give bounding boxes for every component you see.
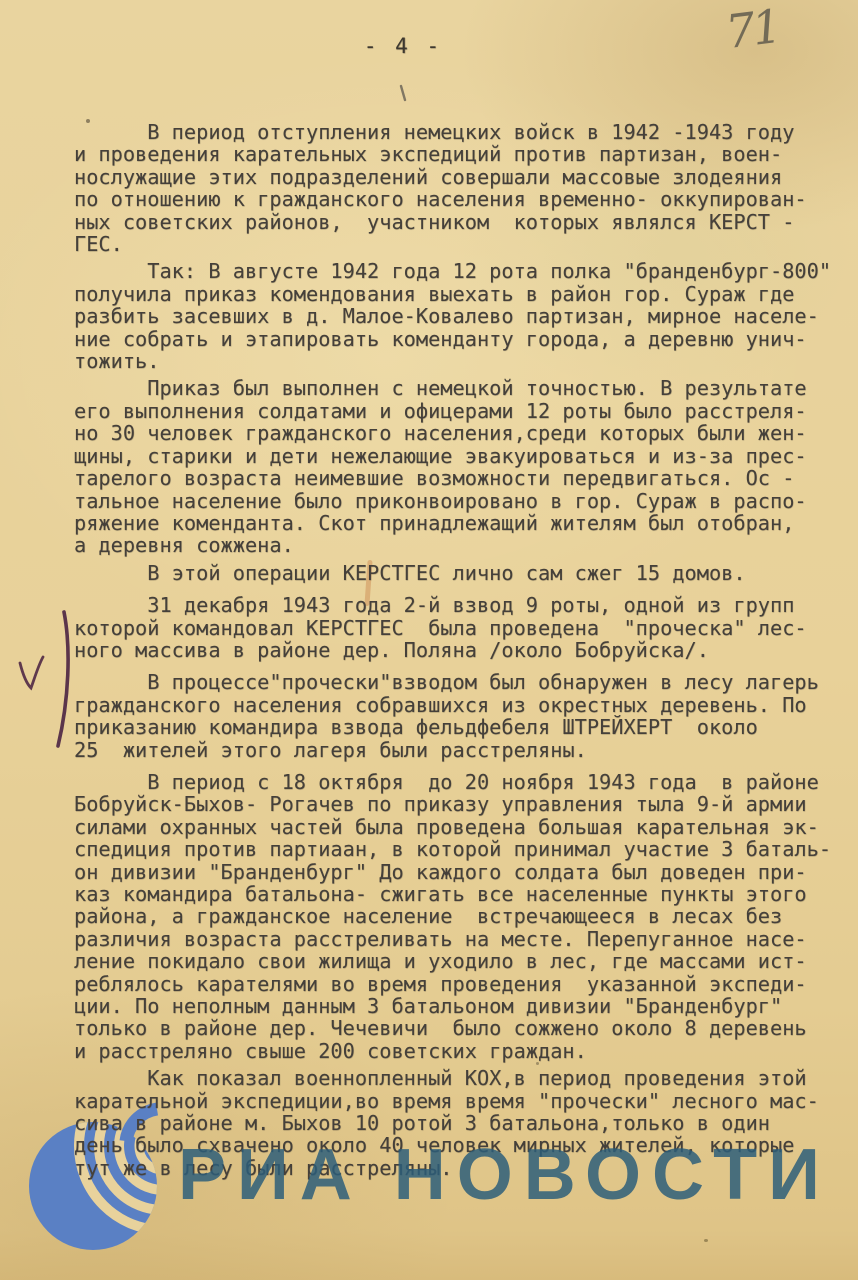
paragraph-2: Так: В августе 1942 года 12 рота полка "… (74, 260, 858, 372)
scanned-document-page: - 4 - 71 В период отступления немецких в… (0, 0, 858, 1280)
document-body: В период отступления немецких войск в 19… (74, 121, 858, 1184)
paragraph-5: 31 декабря 1943 года 2-й взвод 9 роты, о… (74, 594, 858, 661)
paper-speck (704, 1239, 708, 1242)
paragraph-6: В процессе"прочески"взводом был обнаруже… (74, 671, 858, 761)
watermark-brand-text: РИА НОВОСТИ (178, 1139, 831, 1211)
page-number: - 4 - (338, 34, 468, 58)
margin-checkmark (20, 657, 43, 688)
margin-line-mark (58, 612, 68, 746)
paragraph-7: В период с 18 октября до 20 ноября 1943 … (74, 771, 858, 1062)
paragraph-3: Приказ был выполнен с немецкой точностью… (74, 377, 858, 556)
paragraph-1: В период отступления немецких войск в 19… (74, 121, 858, 255)
paragraph-4: В этой операции КЕРСТГЕС лично сам сжег … (74, 562, 858, 584)
handwritten-page-number: 71 (723, 0, 782, 59)
stray-pen-tick (401, 86, 405, 100)
